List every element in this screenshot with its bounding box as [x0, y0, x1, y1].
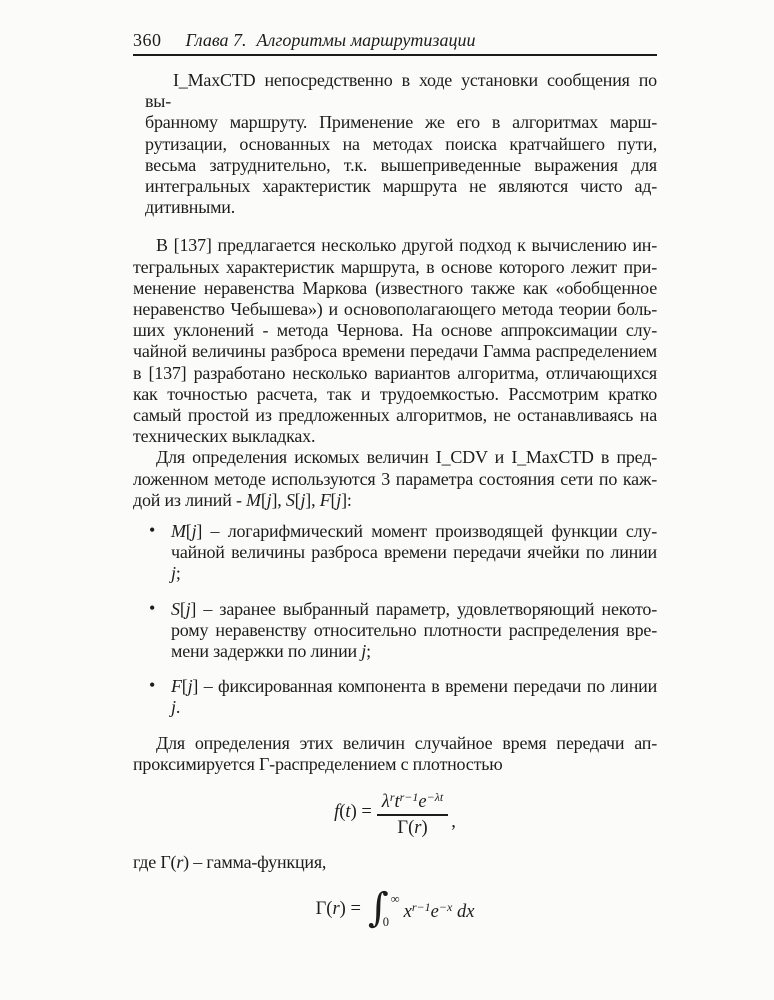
text-run: чайной величины разброса времени передач…: [133, 341, 657, 361]
paragraph-gamma-approximation: Для определения этих величин случайное в…: [133, 733, 657, 775]
text-run: ] – фиксированная компонента в времени п…: [192, 676, 657, 696]
bullet-text: M[j] – логарифмический момент производящ…: [171, 521, 657, 585]
text-run: I_MaxCTD непосредственно в ходе установк…: [145, 70, 657, 111]
text-line: Для определения этих величин случайное в…: [133, 733, 657, 754]
text-line: как точностью расчета, так и трудоемкост…: [133, 384, 657, 405]
text-run: В [137] предлагается несколько другой по…: [156, 235, 657, 255]
formula-lhs: f(t) =: [334, 802, 372, 823]
text-line: весьма затруднительно, т.к. вышеприведен…: [145, 155, 657, 176]
text-run: весьма затруднительно, т.к. вышеприведен…: [145, 155, 657, 175]
text-line: в [137] разработано несколько вариантов …: [133, 363, 657, 384]
book-page: 360 Глава 7.Алгоритмы маршрутизации I_Ma…: [0, 0, 774, 1000]
text-run: ложенном методе используются 3 параметра…: [133, 469, 657, 489]
text-run: Γ(: [316, 899, 333, 919]
text-run: x: [404, 902, 412, 922]
text-line: рому неравенству относительно плотности …: [171, 620, 657, 641]
text-line: F[j] – фиксированная компонента в времен…: [171, 676, 657, 697]
paragraph-where-gamma: где Γ(r) – гамма-функция,: [133, 852, 657, 873]
text-line: бранному маршруту. Применение же его в а…: [145, 112, 657, 133]
text-run: проксимируется Γ-распределением с плотно…: [133, 754, 503, 774]
text-run: e: [431, 902, 439, 922]
text-run: ) – гамма-функция,: [183, 852, 326, 872]
bullet-text: F[j] – фиксированная компонента в времен…: [171, 676, 657, 718]
text-run: бранному маршруту. Применение же его в а…: [145, 112, 657, 132]
text-run: ;: [366, 641, 371, 661]
text-line: дой из линий - M[j], S[j], F[j]:: [133, 490, 657, 511]
text-line: ложенном методе используются 3 параметра…: [133, 469, 657, 490]
bullet-icon: •: [149, 675, 155, 696]
text-run: Для определения этих величин случайное в…: [156, 733, 657, 753]
text-block: 360 Глава 7.Алгоритмы маршрутизации I_Ma…: [133, 0, 657, 935]
text-run: dx: [452, 902, 474, 922]
text-run: S: [286, 490, 295, 510]
formula-lhs: Γ(r) =: [316, 899, 361, 920]
text-run: тегральных характеристик маршрута, в осн…: [133, 257, 657, 277]
text-run: ],: [305, 490, 319, 510]
text-line: рутизации, основанных на методах поиска …: [145, 134, 657, 155]
bullet-text: S[j] – заранее выбранный параметр, удовл…: [171, 599, 657, 663]
text-run: ) =: [340, 899, 361, 919]
text-run: ] – логарифмический момент производящей …: [196, 521, 657, 541]
chapter-label: Глава 7.: [186, 30, 247, 50]
text-run: ] – заранее выбранный параметр, удовлетв…: [190, 599, 657, 619]
text-line: M[j] – логарифмический момент производящ…: [171, 521, 657, 542]
text-line: проксимируется Γ-распределением с плотно…: [133, 754, 657, 775]
bullet-icon: •: [149, 598, 155, 619]
integral-lower-limit: 0: [383, 912, 392, 933]
page-header: 360 Глава 7.Алгоритмы маршрутизации: [133, 0, 657, 50]
text-run: менение неравенства Маркова (известного …: [133, 278, 657, 298]
fraction: λrtr−1e−λt Γ(r): [377, 787, 448, 839]
text-run: интегральных характеристик маршрута не я…: [145, 176, 657, 196]
text-run: Γ(: [397, 818, 414, 838]
paragraph-parameters-intro: Для определения искомых величин I_CDV и …: [133, 447, 657, 511]
integral-upper-limit: ∞: [391, 889, 400, 910]
text-run: рутизации, основанных на методах поиска …: [145, 134, 657, 154]
integral-limits: ∞ 0: [390, 889, 399, 931]
chapter-header: Глава 7.Алгоритмы маршрутизации: [186, 31, 476, 50]
text-run: r: [332, 899, 339, 919]
text-line: Для определения искомых величин I_CDV и …: [133, 447, 657, 468]
text-run: r−1: [412, 900, 431, 914]
text-run: ): [421, 818, 427, 838]
bullet-icon: •: [149, 520, 155, 541]
paragraph-continuation: I_MaxCTD непосредственно в ходе установк…: [145, 70, 657, 218]
text-run: S: [171, 599, 180, 619]
text-run: ],: [271, 490, 285, 510]
text-run: F: [320, 490, 331, 510]
bullet-item-f: • F[j] – фиксированная компонента в врем…: [133, 676, 657, 718]
text-run: ;: [176, 563, 181, 583]
fraction-numerator: λrtr−1e−λt: [377, 787, 448, 814]
text-line: интегральных характеристик маршрута не я…: [145, 176, 657, 197]
text-run: λ: [382, 792, 390, 812]
text-line: самый простой из предложенных алгоритмов…: [133, 405, 657, 426]
text-run: ших уклонений - метода Чернова. На основ…: [133, 320, 657, 340]
text-line: чайной величины разброса времени передач…: [133, 341, 657, 362]
text-line: где Γ(r) – гамма-функция,: [133, 852, 657, 873]
text-run: r−1: [400, 790, 419, 804]
text-line: мени задержки по линии j;: [171, 641, 657, 662]
text-run: в [137] разработано несколько вариантов …: [133, 363, 657, 383]
text-run: мени задержки по линии: [171, 641, 361, 661]
text-run: M: [171, 521, 186, 541]
text-run: чайной величины разброса времени передач…: [171, 542, 657, 562]
header-rule: [133, 54, 657, 56]
text-run: как точностью расчета, так и трудоемкост…: [133, 384, 657, 404]
text-line: ших уклонений - метода Чернова. На основ…: [133, 320, 657, 341]
formula-body: xr−1e−x dx: [404, 897, 475, 923]
parameter-list: • M[j] – логарифмический момент производ…: [133, 521, 657, 719]
text-run: технических выкладках.: [133, 426, 315, 446]
formula-comma: ,: [451, 812, 456, 833]
text-run: F: [171, 676, 182, 696]
text-line: технических выкладках.: [133, 426, 657, 447]
text-run: неравенство Чебышева») и основополагающе…: [133, 299, 657, 319]
bullet-item-m: • M[j] – логарифмический момент производ…: [133, 521, 657, 585]
fraction-denominator: Γ(r): [392, 816, 432, 839]
text-line: тегральных характеристик маршрута, в осн…: [133, 257, 657, 278]
text-line: чайной величины разброса времени передач…: [171, 542, 657, 563]
bullet-item-s: • S[j] – заранее выбранный параметр, удо…: [133, 599, 657, 663]
text-run: где Γ(: [133, 852, 176, 872]
text-line: S[j] – заранее выбранный параметр, удовл…: [171, 599, 657, 620]
text-line: неравенство Чебышева») и основополагающе…: [133, 299, 657, 320]
text-run: дой из линий -: [133, 490, 246, 510]
formula-gamma-function: Γ(r) = ∫ ∞ 0 xr−1e−x dx: [133, 885, 657, 935]
text-run: рому неравенству относительно плотности …: [171, 620, 657, 640]
paragraph-markov-approach: В [137] предлагается несколько другой по…: [133, 235, 657, 447]
text-run: −λt: [427, 790, 444, 804]
formula-gamma-density: f(t) = λrtr−1e−λt Γ(r) ,: [133, 787, 657, 839]
text-line: I_MaxCTD непосредственно в ходе установк…: [145, 70, 657, 112]
text-run: M: [246, 490, 261, 510]
text-run: самый простой из предложенных алгоритмов…: [133, 405, 657, 425]
text-line: j;: [171, 563, 657, 584]
text-run: дитивными.: [145, 197, 235, 217]
text-run: ]:: [341, 490, 352, 510]
text-run: .: [176, 697, 180, 717]
text-line: менение неравенства Маркова (известного …: [133, 278, 657, 299]
page-number: 360: [133, 31, 162, 50]
text-run: ) =: [351, 802, 372, 822]
text-run: e: [418, 792, 426, 812]
text-run: Для определения искомых величин I_CDV и …: [156, 447, 657, 467]
text-line: В [137] предлагается несколько другой по…: [133, 235, 657, 256]
text-line: j.: [171, 697, 657, 718]
chapter-title: Алгоритмы маршрутизации: [257, 30, 476, 50]
text-line: дитивными.: [145, 197, 657, 218]
text-run: −x: [439, 900, 452, 914]
